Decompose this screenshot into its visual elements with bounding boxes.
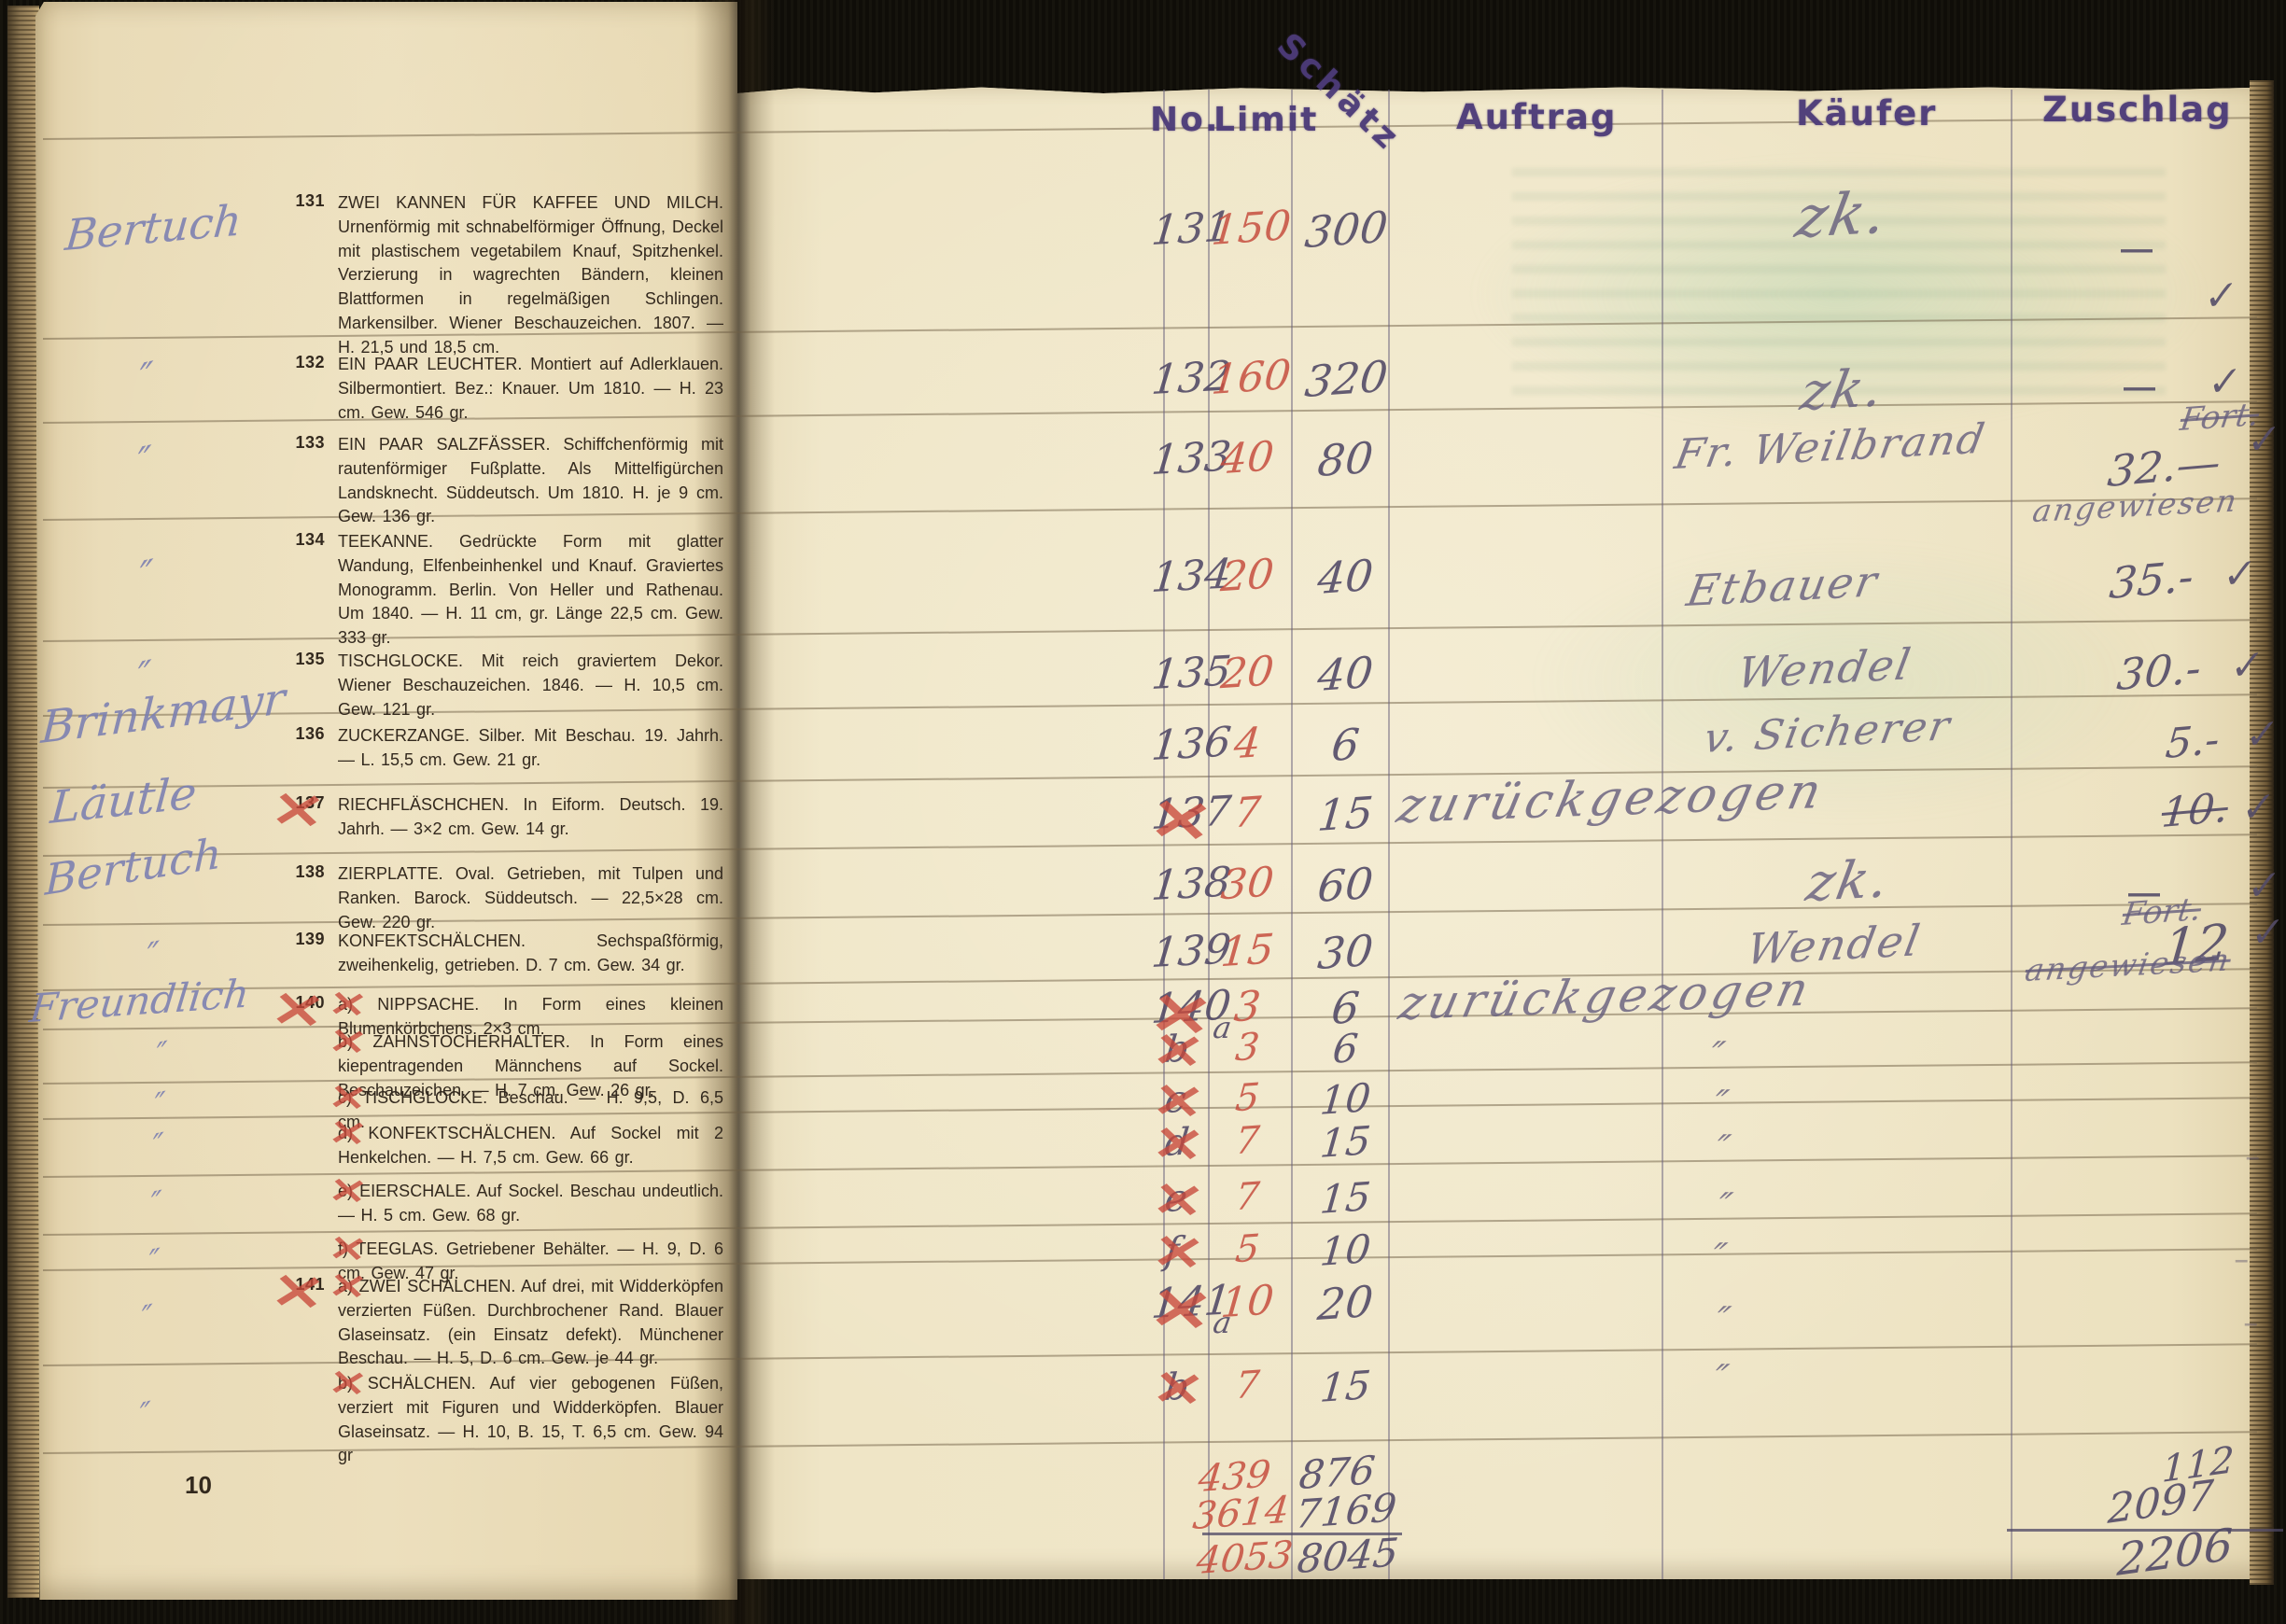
estimate-value: 300 xyxy=(1303,202,1389,258)
hammer-price: 35.- xyxy=(2108,551,2196,609)
ditto-mark: ″ xyxy=(147,935,161,975)
lot-subitem-letter: a) xyxy=(338,995,377,1014)
limit-subtotal: 4053 xyxy=(1195,1533,1296,1583)
entry-lot-number: b xyxy=(1163,1365,1192,1409)
lot-number: 139 xyxy=(271,930,325,949)
ditto-mark: ″ xyxy=(152,1126,164,1163)
lot-number: 134 xyxy=(271,530,325,550)
ditto-mark: ″ xyxy=(139,552,155,596)
column-header-zuschlag: Zuschlag xyxy=(2042,90,2233,130)
lot-subitem-letter: d) xyxy=(338,1124,368,1142)
column-rule-line xyxy=(1662,90,1663,1579)
column-header-no: No. xyxy=(1150,101,1220,139)
limit-value: 150 xyxy=(1210,203,1285,255)
estimate-value: 6 xyxy=(1303,1023,1388,1074)
hammer-price: 10. xyxy=(2160,784,2230,837)
lot-subitem-letter: b) xyxy=(338,1032,372,1051)
lot-number: 132 xyxy=(271,353,325,372)
limit-value: 7 xyxy=(1210,787,1285,839)
lot-number: 137 xyxy=(271,793,325,813)
check-mark: ✓ xyxy=(2240,782,2277,832)
lot-description: ZWEI KANNEN FÜR KAFFEE UND MILCH. Urnenf… xyxy=(338,191,723,360)
limit-value: 4 xyxy=(1210,718,1285,770)
check-mark: ✓ xyxy=(2203,271,2239,320)
lot-subitem-letter: e) xyxy=(338,1182,359,1200)
limit-value: 5 xyxy=(1210,1074,1285,1122)
estimate-subtotal: 7169 xyxy=(1293,1485,1398,1537)
sum-rule-line xyxy=(2007,1529,2283,1532)
lot-description: TISCHGLOCKE. Mit reich graviertem Dekor.… xyxy=(338,650,723,721)
column-header-limit: Limit xyxy=(1213,101,1318,139)
lot-description: EIN PAAR SALZFÄSSER. Schiffchenförmig mi… xyxy=(338,433,723,529)
limit-value: 7 xyxy=(1210,1173,1285,1221)
lot-subitem-letter: f) xyxy=(338,1239,356,1258)
limit-value: 30 xyxy=(1210,858,1285,910)
buyer-name: Etbauer xyxy=(1683,555,1883,615)
limit-value: 160 xyxy=(1210,352,1285,404)
ledger-photo: No. Limit Schätz Auftrag Käufer Zuschlag… xyxy=(0,0,2286,1624)
lot-subitem-letter: c) xyxy=(338,1088,362,1107)
ditto-mark: ″ xyxy=(156,1034,168,1071)
book-page-edges-right xyxy=(2250,80,2274,1585)
hammer-price: 30.- xyxy=(2115,642,2204,700)
estimate-value: 15 xyxy=(1303,1361,1388,1412)
ditto-mark: ″ xyxy=(139,354,155,399)
estimate-value: 80 xyxy=(1303,431,1389,487)
lot-description: ZUCKERZANGE. Silber. Mit Beschau. 19. Ja… xyxy=(338,724,723,773)
check-mark: ✓ xyxy=(2250,907,2286,957)
lot-number: 138 xyxy=(271,862,325,882)
lot-description: KONFEKTSCHÄLCHEN. Sechspaßförmig, zweihe… xyxy=(338,930,723,978)
limit-value: 40 xyxy=(1210,432,1285,484)
book-page-edges-left xyxy=(7,6,39,1598)
check-mark: ✓ xyxy=(2229,640,2265,690)
entry-lot-number: d xyxy=(1163,1121,1192,1165)
column-rule-line xyxy=(1388,90,1390,1579)
hammer-price-dash: — xyxy=(2124,370,2155,406)
sum-rule-line xyxy=(1202,1533,1402,1535)
lot-description: a) ZWEI SCHÄLCHEN. Auf drei, mit Widderk… xyxy=(338,1275,723,1371)
limit-value: 3 xyxy=(1210,1024,1285,1071)
lot-number: 133 xyxy=(271,433,325,453)
estimate-value: 15 xyxy=(1303,1116,1388,1168)
limit-value: 20 xyxy=(1210,647,1285,699)
lot-number: 141 xyxy=(271,1275,325,1295)
estimate-value: 10 xyxy=(1303,1225,1388,1276)
limit-value: 7 xyxy=(1210,1362,1285,1409)
limit-value: 5 xyxy=(1210,1225,1285,1273)
hammer-price-dash: – xyxy=(2246,1142,2259,1171)
lot-description: RIECHFLÄSCHCHEN. In Eiform. Deutsch. 19.… xyxy=(338,793,723,842)
estimate-value: 40 xyxy=(1303,549,1389,605)
entry-lot-number: b xyxy=(1163,1028,1192,1071)
lot-description: d) KONFEKTSCHÄLCHEN. Auf Sockel mit 2 He… xyxy=(338,1122,723,1170)
check-mark: ✓ xyxy=(2244,709,2280,759)
estimate-value: 40 xyxy=(1303,646,1389,702)
limit-value: 15 xyxy=(1210,925,1285,977)
limit-value: 7 xyxy=(1210,1117,1285,1165)
lot-description: b) SCHÄLCHEN. Auf vier gebogenen Füßen, … xyxy=(338,1372,723,1468)
check-mark: ✓ xyxy=(2222,549,2258,598)
check-mark: ✓ xyxy=(2246,861,2282,910)
lot-description: e) EIERSCHALE. Auf Sockel. Beschau undeu… xyxy=(338,1180,723,1228)
estimate-value: 15 xyxy=(1303,1172,1388,1224)
lot-number: 135 xyxy=(271,650,325,669)
estimate-value: 15 xyxy=(1303,786,1389,842)
buyer-name: Wendel xyxy=(1733,638,1915,698)
lot-number: 136 xyxy=(271,724,325,744)
limit-subtotal: 3614 xyxy=(1191,1489,1292,1538)
lot-number: 140 xyxy=(271,993,325,1013)
hammer-price: 5.- xyxy=(2164,716,2222,768)
column-header-auftrag: Auftrag xyxy=(1456,97,1617,137)
ditto-mark: ″ xyxy=(141,1297,153,1335)
lot-description: TEEKANNE. Gedrückte Form mit glatter Wan… xyxy=(338,530,723,651)
ditto-mark: ″ xyxy=(148,1241,161,1279)
lot-description: ZIERPLATTE. Oval. Getrieben, mit Tulpen … xyxy=(338,862,723,934)
limit-value: 20 xyxy=(1210,550,1285,602)
ditto-mark: ″ xyxy=(137,438,153,483)
hammer-price-dash: — xyxy=(2121,231,2153,268)
estimate-value: 320 xyxy=(1303,351,1389,407)
lot-subitem-letter: b) xyxy=(338,1374,368,1393)
estimate-value: 30 xyxy=(1303,924,1389,980)
estimate-value: 6 xyxy=(1303,717,1389,773)
column-rule-line xyxy=(1291,90,1293,1579)
estimate-value: 20 xyxy=(1303,1275,1389,1331)
buyer-name: zk. xyxy=(1790,178,1893,251)
lot-number: 131 xyxy=(271,191,325,211)
ditto-mark: ″ xyxy=(150,1183,162,1221)
hammer-price-dash: – xyxy=(2244,1309,2257,1337)
ditto-mark: ″ xyxy=(139,1394,151,1432)
page-number: 10 xyxy=(185,1471,212,1500)
estimate-value: 60 xyxy=(1303,857,1389,913)
lot-subitem-letter: a) xyxy=(338,1277,359,1295)
entry-lot-number: e xyxy=(1163,1177,1190,1221)
hammer-price-dash: – xyxy=(2235,1245,2248,1274)
buyer-name: zk. xyxy=(1802,848,1895,913)
limit-value: 10 xyxy=(1210,1276,1285,1328)
buyer-name: zk. xyxy=(1796,357,1889,422)
column-header-kaeufer: Käufer xyxy=(1796,93,1937,133)
estimate-subtotal: 8045 xyxy=(1295,1530,1400,1582)
column-rule-line xyxy=(2011,90,2013,1579)
check-mark: ✓ xyxy=(2246,414,2282,464)
lot-description: EIN PAAR LEUCHTER. Montiert auf Adlerkla… xyxy=(338,353,723,425)
ditto-mark: ″ xyxy=(154,1085,166,1122)
